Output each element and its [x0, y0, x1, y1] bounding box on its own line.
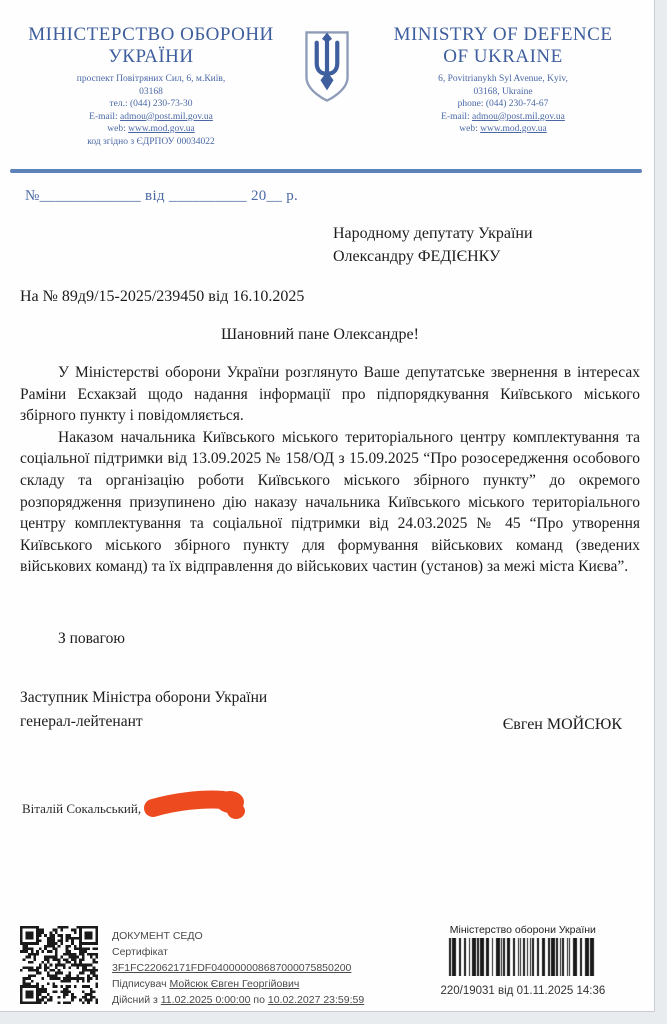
letter-body: У Міністерстві оборони України розглянут… [20, 362, 640, 578]
org-title-ua: МІНІСТЕРСТВО ОБОРОНИ УКРАЇНИ [10, 24, 292, 68]
addressee-title: Народному депутату України [333, 222, 533, 245]
address-line: 6, Povitrianykh Syl Avenue, Kyiv, [362, 73, 644, 86]
closing-phrase: З повагою [20, 630, 125, 648]
qr-code-icon [20, 926, 98, 1004]
phone-line: тел.: (044) 230-73-30 [10, 98, 292, 111]
executor-line: Віталій Сокальський, [22, 782, 251, 826]
org-contacts-en: 6, Povitrianykh Syl Avenue, Kyiv, 03168,… [362, 73, 644, 136]
ukraine-trident-shield-icon [292, 24, 362, 106]
signature-stamp-footer: ДОКУМЕНТ СЕДО Сертифікат 3F1FC22062171FD… [20, 920, 639, 1008]
executor-name: Віталій Сокальський, [22, 791, 141, 817]
document-page: МІНІСТЕРСТВО ОБОРОНИ УКРАЇНИ проспект По… [0, 0, 655, 1012]
stamp-org-name: Міністерство оборони України [407, 924, 639, 936]
signer-name: Євген МОЙСЮК [503, 716, 622, 734]
email-line: E-mail: admou@post.mil.gov.ua [10, 111, 292, 124]
email-link: admou@post.mil.gov.ua [120, 112, 213, 122]
web-line: web: www.mod.gov.ua [362, 123, 644, 136]
web-line: web: www.mod.gov.ua [10, 123, 292, 136]
email-link: admou@post.mil.gov.ua [472, 112, 565, 122]
letterhead-right: MINISTRY OF DEFENCE OF UKRAINE 6, Povitr… [362, 24, 644, 136]
phone-line: phone: (044) 230-74-67 [362, 98, 644, 111]
stamp-reg-number: 220/19031 від 01.11.2025 14:36 [407, 985, 639, 997]
body-paragraph: У Міністерстві оборони України розглянут… [20, 362, 640, 427]
address-line: 03168, Ukraine [362, 86, 644, 99]
letterhead-left: МІНІСТЕРСТВО ОБОРОНИ УКРАЇНИ проспект По… [10, 24, 292, 148]
reply-reference: На № 89д9/15-2025/239450 від 16.10.2025 [20, 288, 304, 306]
web-link: www.mod.gov.ua [480, 124, 547, 134]
sedo-title: ДОКУМЕНТ СЕДО [112, 928, 407, 944]
redaction-scribble [143, 782, 251, 826]
org-title-en: MINISTRY OF DEFENCE OF UKRAINE [362, 24, 644, 68]
barcode-icon [447, 938, 599, 976]
registration-stamp: Міністерство оборони України 220/19031 в… [407, 924, 639, 997]
email-line: E-mail: admou@post.mil.gov.ua [362, 111, 644, 124]
addressee-block: Народному депутату України Олександру ФЕ… [333, 222, 533, 268]
outgoing-number-blank: №_____________ від __________ 20__ р. [25, 188, 298, 205]
addressee-name: Олександру ФЕДІЄНКУ [333, 245, 533, 268]
signature-block: Заступник Міністра оборони України генер… [20, 686, 622, 734]
letterhead-divider [10, 169, 642, 173]
sedo-certificate-block: ДОКУМЕНТ СЕДО Сертифікат 3F1FC22062171FD… [112, 928, 407, 1008]
sedo-cert-line: Сертифікат 3F1FC22062171FDF0400000086870… [112, 944, 407, 976]
address-line: проспект Повітряних Сил, 6, м.Київ, [10, 73, 292, 86]
edrpou-line: код згідно з ЄДРПОУ 00034022 [10, 136, 292, 149]
signer-position: Заступник Міністра оборони України генер… [20, 686, 267, 734]
sedo-signer-line: Підписувач Мойсюк Євген Георгійович [112, 976, 407, 992]
body-paragraph: Наказом начальника Київського міського т… [20, 427, 640, 578]
web-link: www.mod.gov.ua [128, 124, 195, 134]
salutation: Шановний пане Олександре! [0, 326, 640, 344]
address-line: 03168 [10, 86, 292, 99]
org-contacts-ua: проспект Повітряних Сил, 6, м.Київ, 0316… [10, 73, 292, 148]
sedo-validity-line: Дійсний з 11.02.2025 0:00:00 по 10.02.20… [112, 992, 407, 1008]
letterhead: МІНІСТЕРСТВО ОБОРОНИ УКРАЇНИ проспект По… [10, 24, 644, 148]
